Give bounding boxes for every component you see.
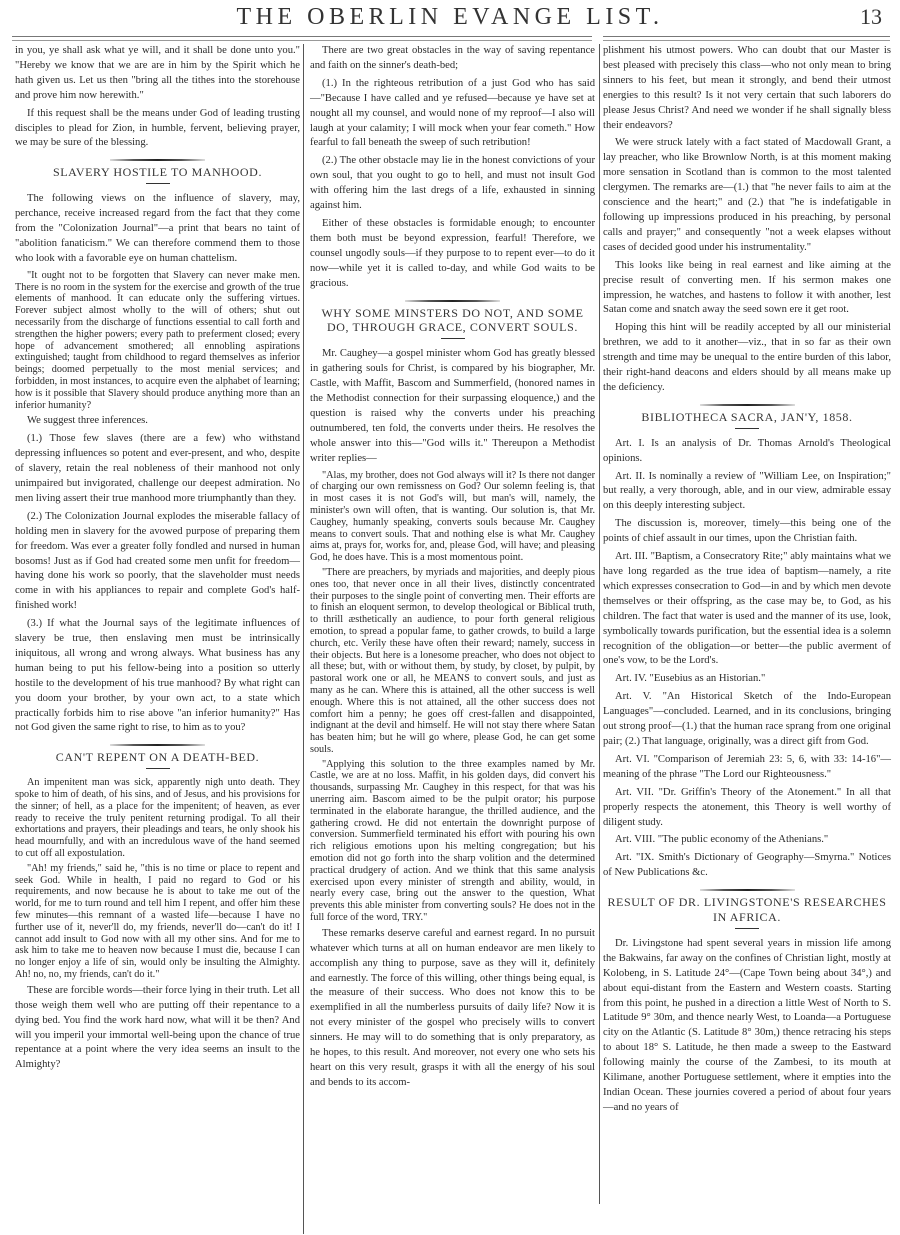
paragraph: These are forcible words—their force lyi… <box>15 984 300 1073</box>
paragraph: (2.) The other obstacle may lie in the h… <box>310 154 595 214</box>
paragraph: plishment his utmost powers. Who can dou… <box>603 44 891 133</box>
header-rule-left <box>12 36 592 41</box>
column-divider <box>599 44 600 1204</box>
section-separator <box>110 159 205 161</box>
heading-rule <box>146 768 170 769</box>
paragraph: An impenitent man was sick, apparently n… <box>15 777 300 860</box>
section-separator <box>405 300 500 302</box>
heading-rule <box>441 338 465 339</box>
paragraph: We suggest three inferences. <box>15 414 300 429</box>
quote-paragraph: "Ah! my friends," said he, "this is no t… <box>15 863 300 981</box>
section-separator <box>700 889 795 891</box>
paragraph: We were struck lately with a fact stated… <box>603 136 891 255</box>
page-number: 13 <box>860 4 882 30</box>
paragraph: The following views on the influence of … <box>15 192 300 267</box>
review-item: Art. III. "Baptism, a Consecratory Rite;… <box>603 550 891 669</box>
review-item: Art. VI. "Comparison of Jeremiah 23: 5, … <box>603 753 891 783</box>
paragraph: Either of these obstacles is formidable … <box>310 217 595 292</box>
review-item: Art. I. Is an analysis of Dr. Thomas Arn… <box>603 437 891 467</box>
quote-paragraph: "There are preachers, by myriads and maj… <box>310 567 595 756</box>
quote-paragraph: "Alas, my brother, does not God always w… <box>310 470 595 564</box>
column-2: There are two great obstacles in the way… <box>310 44 595 1094</box>
paragraph: Mr. Caughey—a gospel minister whom God h… <box>310 347 595 466</box>
paragraph: There are two great obstacles in the way… <box>310 44 595 74</box>
section-separator <box>110 744 205 746</box>
review-item: Art. VIII. "The public economy of the At… <box>603 833 891 848</box>
masthead: THE OBERLIN EVANGE LIST. 13 <box>0 0 900 32</box>
paragraph: This looks like being in real earnest an… <box>603 259 891 319</box>
column-3: plishment his utmost powers. Who can dou… <box>603 44 891 1119</box>
article-heading: WHY SOME MINSTERS DO NOT, AND SOME DO, T… <box>310 306 595 336</box>
quote-paragraph: "It ought not to be forgotten that Slave… <box>15 270 300 412</box>
paragraph: Dr. Livingstone had spent several years … <box>603 937 891 1116</box>
review-item: Art. IV. "Eusebius as an Historian." <box>603 672 891 687</box>
header-rule-right <box>603 36 890 41</box>
heading-rule <box>146 183 170 184</box>
review-item: Art. V. "An Historical Sketch of the Ind… <box>603 690 891 750</box>
column-divider <box>303 44 304 1234</box>
review-item: Art. VII. "Dr. Griffin's Theory of the A… <box>603 786 891 831</box>
heading-rule <box>735 428 759 429</box>
review-item: Art. II. Is nominally a review of "Willi… <box>603 470 891 515</box>
newspaper-title: THE OBERLIN EVANGE LIST. <box>0 4 900 31</box>
review-item: The discussion is, moreover, timely—this… <box>603 517 891 547</box>
review-item: Art. "IX. Smith's Dictionary of Geograph… <box>603 851 891 881</box>
paragraph: These remarks deserve careful and earnes… <box>310 927 595 1091</box>
paragraph: (2.) The Colonization Journal explodes t… <box>15 510 300 614</box>
quote-paragraph: "Applying this solution to the three exa… <box>310 759 595 924</box>
article-heading: CAN'T REPENT ON A DEATH-BED. <box>15 750 300 765</box>
article-heading: BIBLIOTHECA SACRA, JAN'Y, 1858. <box>603 410 891 425</box>
article-heading: SLAVERY HOSTILE TO MANHOOD. <box>15 165 300 180</box>
paragraph: in you, ye shall ask what ye will, and i… <box>15 44 300 104</box>
article-heading: RESULT OF DR. LIVINGSTONE'S RESEARCHES I… <box>603 895 891 925</box>
column-1: in you, ye shall ask what ye will, and i… <box>15 44 300 1076</box>
heading-rule <box>735 928 759 929</box>
paragraph: If this request shall be the means under… <box>15 107 300 152</box>
paragraph: Hoping this hint will be readily accepte… <box>603 321 891 396</box>
paragraph: (1.) Those few slaves (there are a few) … <box>15 432 300 507</box>
section-separator <box>700 404 795 406</box>
paragraph: (3.) If what the Journal says of the leg… <box>15 617 300 736</box>
paragraph: (1.) In the righteous retribution of a j… <box>310 77 595 152</box>
